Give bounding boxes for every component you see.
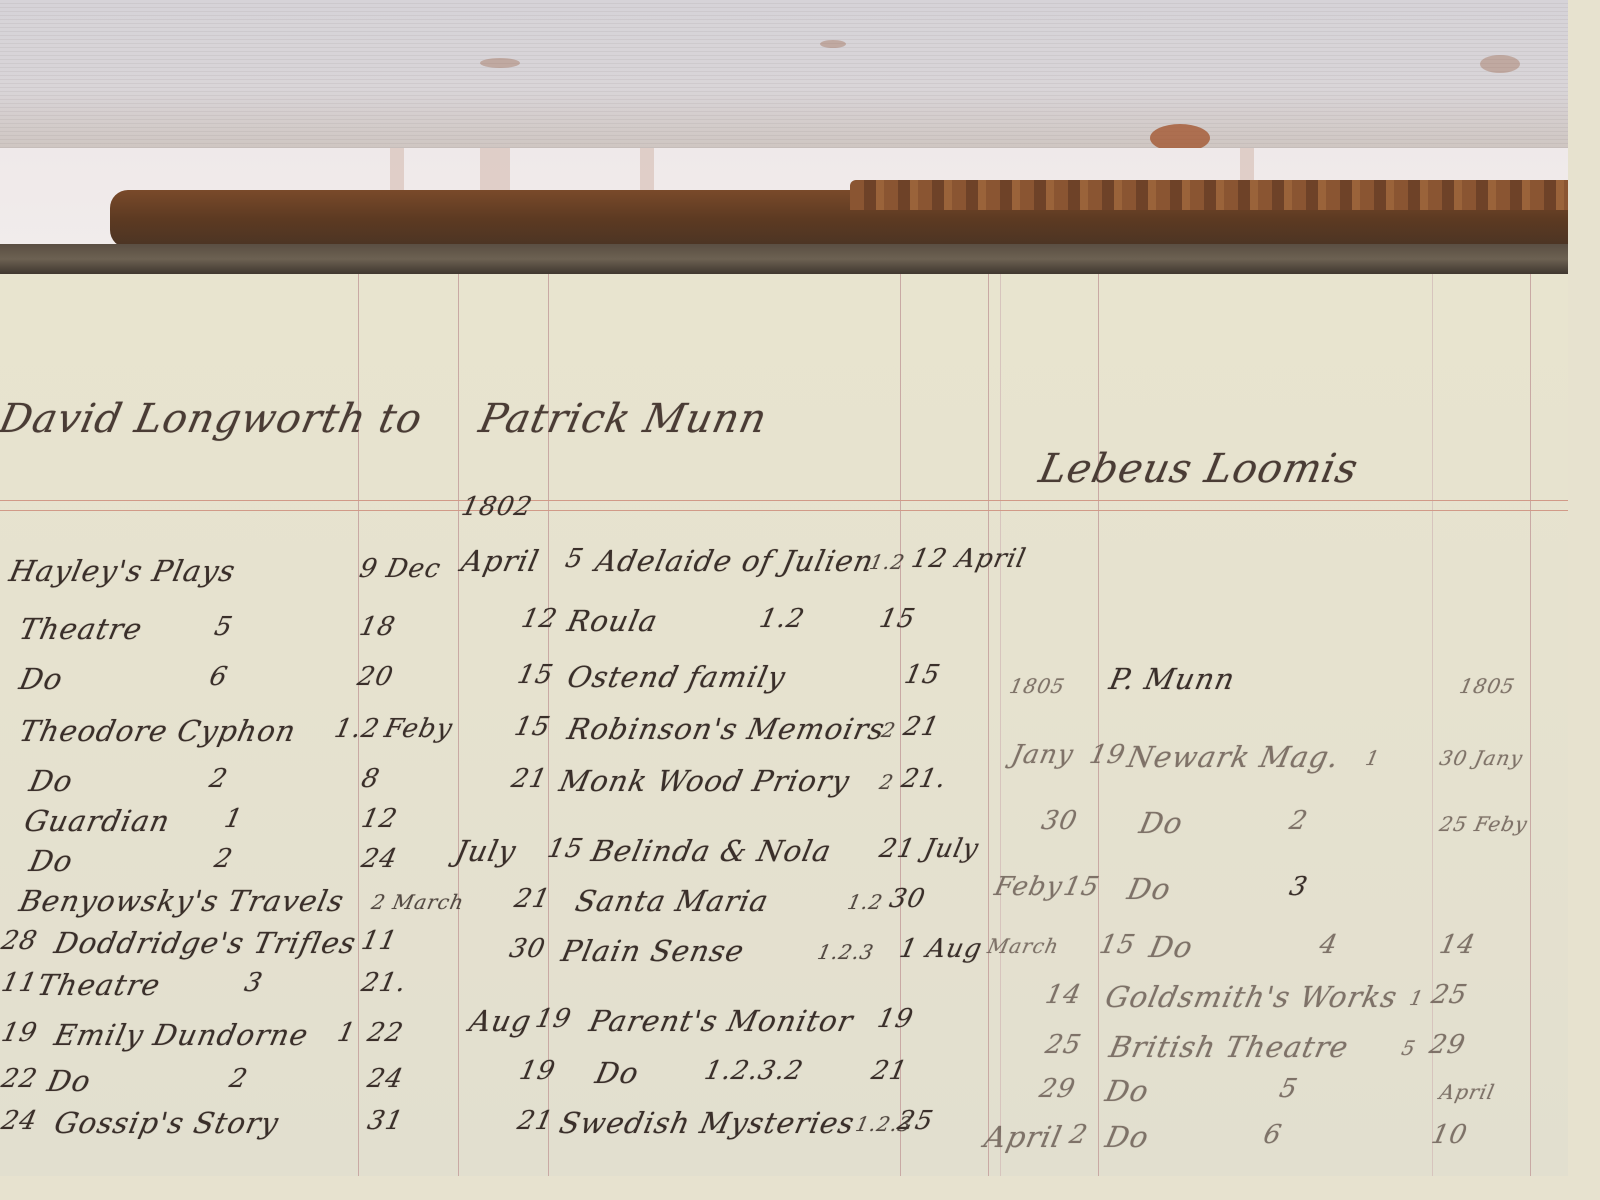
- entry-title: Robinson's Memoirs: [564, 712, 888, 746]
- entry-day: 10: [1429, 1120, 1470, 1150]
- entry-title: Do: [16, 662, 66, 696]
- entry-day: 25 Feby: [1437, 812, 1530, 836]
- entry-qty: 2: [227, 1064, 251, 1094]
- entry-title: Santa Maria: [572, 884, 772, 918]
- entry-qty: 2: [1287, 806, 1311, 836]
- entry-title: Doddridge's Trifles: [51, 926, 359, 960]
- entry-title: Plain Sense: [558, 934, 747, 968]
- entry-title: Newark Mag.: [1124, 740, 1342, 774]
- entry-title: Do: [26, 764, 76, 798]
- entry-day: 21: [901, 712, 942, 742]
- entry-date: 21: [512, 884, 553, 914]
- entry-qty: 3: [1287, 872, 1311, 902]
- year-label: 1802: [459, 492, 536, 522]
- entry-date: 29: [1037, 1074, 1078, 1104]
- entry-qty: 1.2.3: [815, 940, 876, 964]
- entry-qty: 1.2: [332, 714, 383, 744]
- entry-month: March: [985, 934, 1061, 958]
- entry-date: 15: [545, 834, 586, 864]
- entry-month: April: [458, 544, 542, 578]
- entry-month: Jany: [1009, 740, 1077, 770]
- entry-day: Feby: [382, 714, 456, 744]
- cover-stain: [480, 58, 520, 68]
- entry-day: 21: [869, 1056, 910, 1086]
- entry-qty: 1: [1407, 986, 1426, 1010]
- frayed-leather-edge: [850, 180, 1568, 210]
- entry-day: 25: [895, 1106, 936, 1136]
- entry-date: 19: [0, 1018, 40, 1048]
- entry-qty: 5: [1277, 1074, 1301, 1104]
- entry-month: Feby: [992, 872, 1066, 902]
- column-rule: [1000, 274, 1001, 1176]
- entry-title: Do: [44, 1064, 94, 1098]
- entry-day: 18: [357, 612, 398, 642]
- entry-qty: 1.2.3.2: [702, 1056, 806, 1086]
- entry-title: Benyowsky's Travels: [16, 884, 347, 918]
- entry-date: 24: [0, 1106, 40, 1136]
- entry-title: Do: [1102, 1074, 1152, 1108]
- entry-day: 30: [887, 884, 928, 914]
- entry-date: 21: [509, 764, 550, 794]
- entry-day: 30 Jany: [1437, 746, 1525, 770]
- entry-qty: 1.2: [757, 604, 808, 634]
- entry-date: 19: [533, 1004, 574, 1034]
- entry-day: 21.: [899, 764, 950, 794]
- column-rule: [458, 274, 459, 1176]
- entry-day: 11: [359, 926, 400, 956]
- entry-date: 28: [0, 926, 40, 956]
- entry-day: 21 July: [877, 834, 982, 864]
- cover-stain: [820, 40, 846, 48]
- entry-date: 19: [517, 1056, 558, 1086]
- entry-title: British Theatre: [1106, 1030, 1352, 1064]
- entry-day: 20: [355, 662, 396, 692]
- header-middle: Patrick Munn: [475, 396, 771, 442]
- entry-title: Swedish Mysteries: [556, 1106, 858, 1140]
- entry-title: Do: [1102, 1120, 1152, 1154]
- entry-day: 12 April: [909, 544, 1029, 574]
- entry-qty: 1.2: [845, 890, 885, 914]
- entry-day: 22: [365, 1018, 406, 1048]
- entry-title: Gossip's Story: [51, 1106, 282, 1140]
- entry-day: 24: [365, 1064, 406, 1094]
- entry-day: 31: [365, 1106, 406, 1136]
- column-rule: [1098, 274, 1099, 1176]
- entry-qty: 1.2: [867, 550, 907, 574]
- entry-qty: 1: [222, 804, 246, 834]
- header-right: Lebeus Loomis: [1035, 446, 1362, 492]
- entry-title: Do: [26, 844, 76, 878]
- entry-date: 22: [0, 1064, 40, 1094]
- entry-title: Theodore Cyphon: [16, 714, 299, 748]
- entry-date: 30: [507, 934, 548, 964]
- entry-title: Ostend family: [564, 660, 789, 694]
- entry-title: Do: [1146, 930, 1196, 964]
- entry-date: 15: [512, 712, 553, 742]
- entry-date: 5: [563, 544, 587, 574]
- entry-title: Parent's Monitor: [586, 1004, 856, 1038]
- entry-date: 15: [1061, 872, 1102, 902]
- entry-qty: 5: [1399, 1036, 1418, 1060]
- entry-qty: 6: [207, 662, 231, 692]
- entry-title: Guardian: [21, 804, 173, 838]
- entry-title: Do: [1124, 872, 1174, 906]
- entry-day: 29: [1427, 1030, 1468, 1060]
- entry-qty: 2: [877, 770, 896, 794]
- entry-title: Hayley's Plays: [6, 554, 238, 588]
- entry-qty: 1: [335, 1018, 359, 1048]
- entry-day: April: [1437, 1080, 1497, 1104]
- entry-month: April: [981, 1120, 1065, 1154]
- entry-title: Theatre: [34, 968, 163, 1002]
- entry-qty: 6: [1261, 1120, 1285, 1150]
- year-label: 1805: [1007, 674, 1067, 698]
- entry-date: 25: [1043, 1030, 1084, 1060]
- ledger-page: David Longworth to Patrick Munn Lebeus L…: [0, 274, 1568, 1176]
- entry-title: Belinda & Nola: [588, 834, 834, 868]
- entry-qty: 5: [212, 612, 236, 642]
- entry-title: Do: [592, 1056, 642, 1090]
- entry-qty: 1: [1363, 746, 1382, 770]
- entry-qty: 4: [1317, 930, 1341, 960]
- entry-date: 12: [519, 604, 560, 634]
- book-board-edge: [0, 244, 1568, 274]
- entry-date: 15: [515, 660, 556, 690]
- entry-day: 14: [1437, 930, 1478, 960]
- column-rule: [900, 274, 901, 1176]
- entry-title: Monk Wood Priory: [556, 764, 853, 798]
- header-rule: [0, 500, 1568, 501]
- entry-qty: 2: [212, 844, 236, 874]
- entry-date: 11: [0, 968, 40, 998]
- entry-day: 19: [875, 1004, 916, 1034]
- entry-month: July: [452, 834, 519, 868]
- entry-month: Aug: [466, 1004, 534, 1038]
- entry-day: 25: [1429, 980, 1470, 1010]
- entry-day: 24: [359, 844, 400, 874]
- entry-day: 12: [359, 804, 400, 834]
- entry-title: Emily Dundorne: [51, 1018, 311, 1052]
- entry-day: 21.: [359, 968, 410, 998]
- entry-title: Goldsmith's Works: [1102, 980, 1400, 1014]
- entry-title: Theatre: [16, 612, 145, 646]
- entry-day: 1 Aug: [897, 934, 985, 964]
- book-cloth-cover: [0, 0, 1568, 148]
- entry-date: 19: [1087, 740, 1128, 770]
- subheader: P. Munn: [1106, 662, 1238, 696]
- entry-qty: 2: [207, 764, 231, 794]
- entry-day: 9 Dec: [357, 554, 444, 584]
- column-rule: [1530, 274, 1531, 1176]
- entry-date: 2: [1067, 1120, 1091, 1150]
- entry-date: 14: [1043, 980, 1084, 1010]
- entry-qty: 3: [242, 968, 266, 998]
- entry-day: 2 March: [369, 890, 466, 914]
- entry-date: 30: [1039, 806, 1080, 836]
- entry-title: Adelaide of Julien: [592, 544, 877, 578]
- entry-day: 15: [902, 660, 943, 690]
- header-rule: [0, 510, 1568, 511]
- header-left: David Longworth to: [0, 396, 427, 442]
- year-label: 1805: [1457, 674, 1517, 698]
- entry-date: 21: [515, 1106, 556, 1136]
- cover-stain: [1480, 55, 1520, 73]
- entry-title: Do: [1136, 806, 1186, 840]
- entry-day: 15: [877, 604, 918, 634]
- entry-date: 15: [1097, 930, 1138, 960]
- entry-day: 8: [359, 764, 383, 794]
- column-rule: [988, 274, 989, 1176]
- entry-title: Roula: [564, 604, 661, 638]
